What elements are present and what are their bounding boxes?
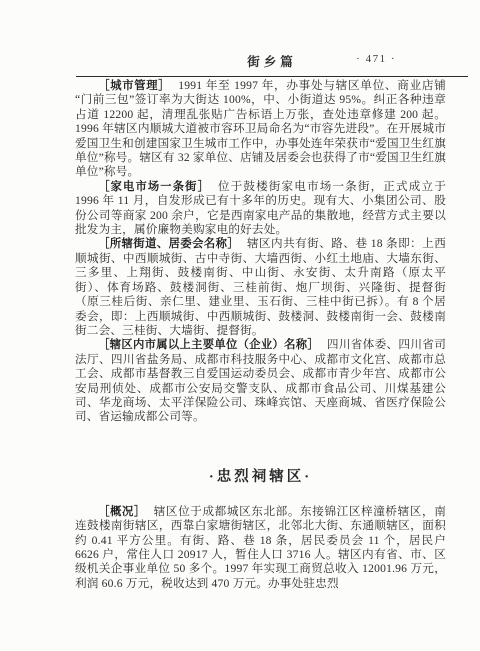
entry-label-major-units: ［辖区内市属以上主要单位（企业）名称］ xyxy=(98,339,319,351)
running-title: 街乡篇 xyxy=(247,55,297,69)
entry-label-city-management: ［城市管理］ xyxy=(98,80,170,92)
entry-major-units: ［辖区内市属以上主要单位（企业）名称］四川省体委、四川省司法厅、四川省盐务局、成… xyxy=(75,338,446,424)
entry-text-major-units: 四川省体委、四川省司法厅、四川省盐务局、成都市科技服务中心、成都市文化宫、成都市… xyxy=(75,338,446,423)
district-section-heading: ·忠烈祠辖区· xyxy=(75,467,446,487)
entry-label-appliance-market-street: ［家电市场一条街］ xyxy=(98,181,210,193)
entry-label-streets-committees: ［所辖街道、居委会名称］ xyxy=(98,238,239,250)
running-header: 街乡篇 · 471 · xyxy=(76,52,468,77)
entry-city-management: ［城市管理］1991 年至 1997 年，办事处与辖区单位、商业店铺“门前三包”… xyxy=(75,79,446,180)
entry-streets-committees: ［所辖街道、居委会名称］辖区内共有街、路、巷 18 条即：上西顺城街、中西顺城街… xyxy=(75,237,446,338)
entry-appliance-market-street: ［家电市场一条街］位于鼓楼街家电市场一条街，正式成立于 1996 年 11 月，… xyxy=(75,180,446,238)
entry-text-city-management: 1991 年至 1997 年，办事处与辖区单位、商业店铺“门前三包”签订率为大街… xyxy=(75,79,446,178)
entry-label-overview: ［概况］ xyxy=(98,506,146,518)
scanned-book-page: 街乡篇 · 471 · ［城市管理］1991 年至 1997 年，办事处与辖区单… xyxy=(0,0,480,651)
entry-overview: ［概况］辖区位于成都城区东北部。东接锦江区梓潼桥辖区，南连鼓楼南街辖区，西靠白家… xyxy=(75,505,446,591)
page-number: · 471 · xyxy=(356,53,396,65)
page-body: ［城市管理］1991 年至 1997 年，办事处与辖区单位、商业店铺“门前三包”… xyxy=(75,79,446,591)
entry-text-streets-committees: 辖区内共有街、路、巷 18 条即：上西顺城街、中西顺城街、古中寺街、大墙西街、小… xyxy=(75,237,446,336)
